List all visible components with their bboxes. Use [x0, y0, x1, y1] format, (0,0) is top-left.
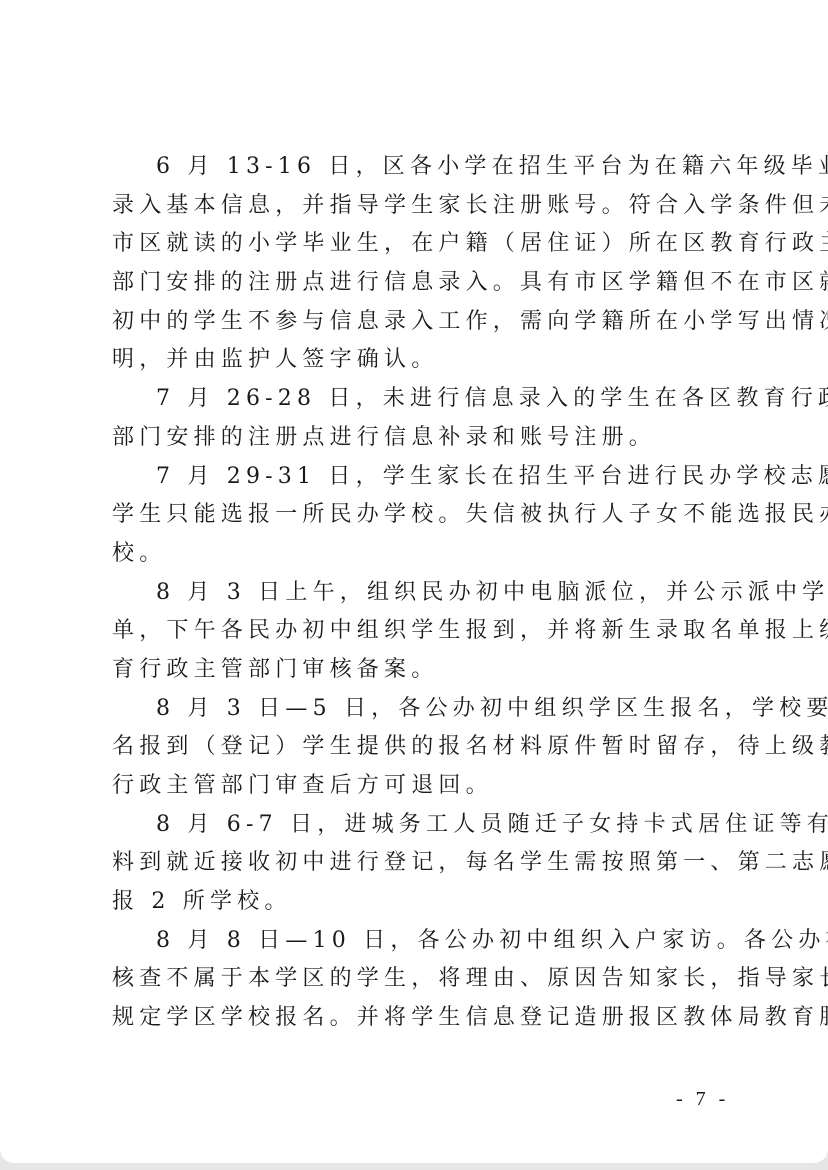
paragraph-2-line-1: 7 月 26-28 日，未进行信息录入的学生在各区教育行政主管 — [112, 380, 732, 419]
paragraph-1-line-2: 录入基本信息，并指导学生家长注册账号。符合入学条件但未在 — [112, 187, 732, 226]
document-page: 6 月 13-16 日，区各小学在招生平台为在籍六年级毕业学生 录入基本信息，并… — [0, 0, 828, 1163]
paragraph-5-line-3: 行政主管部门审查后方可退回。 — [112, 767, 732, 806]
paragraph-1-line-6: 明，并由监护人签字确认。 — [112, 341, 732, 380]
paragraph-1-line-4: 部门安排的注册点进行信息录入。具有市区学籍但不在市区就读 — [112, 264, 732, 303]
paragraph-3-line-2: 学生只能选报一所民办学校。失信被执行人子女不能选报民办学 — [112, 496, 732, 535]
document-body: 6 月 13-16 日，区各小学在招生平台为在籍六年级毕业学生 录入基本信息，并… — [112, 148, 732, 1038]
paragraph-4-line-2: 单，下午各民办初中组织学生报到，并将新生录取名单报上级教 — [112, 612, 732, 651]
paragraph-1-line-3: 市区就读的小学毕业生，在户籍（居住证）所在区教育行政主管 — [112, 225, 732, 264]
paragraph-7-line-2: 核查不属于本学区的学生，将理由、原因告知家长，指导家长到 — [112, 960, 732, 999]
paragraph-4-line-3: 育行政主管部门审核备案。 — [112, 651, 732, 690]
paragraph-3-line-3: 校。 — [112, 535, 732, 574]
paragraph-7-line-1: 8 月 8 日—10 日，各公办初中组织入户家访。各公办初中对 — [112, 922, 732, 961]
paragraph-4-line-1: 8 月 3 日上午，组织民办初中电脑派位，并公示派中学生名 — [112, 574, 732, 613]
paragraph-6-line-2: 料到就近接收初中进行登记，每名学生需按照第一、第二志愿选 — [112, 844, 732, 883]
paragraph-2-line-2: 部门安排的注册点进行信息补录和账号注册。 — [112, 419, 732, 458]
paragraph-5-line-1: 8 月 3 日—5 日，各公办初中组织学区生报名，学校要将每 — [112, 690, 732, 729]
paragraph-7-line-3: 规定学区学校报名。并将学生信息登记造册报区教体局教育股。 — [112, 999, 732, 1038]
page-number: - 7 - — [676, 1088, 729, 1111]
paragraph-5-line-2: 名报到（登记）学生提供的报名材料原件暂时留存，待上级教育 — [112, 728, 732, 767]
paragraph-6-line-1: 8 月 6-7 日，进城务工人员随迁子女持卡式居住证等有关材 — [112, 806, 732, 845]
paragraph-6-line-3: 报 2 所学校。 — [112, 883, 732, 922]
paragraph-3-line-1: 7 月 29-31 日，学生家长在招生平台进行民办学校志愿填报， — [112, 458, 732, 497]
paragraph-1-line-5: 初中的学生不参与信息录入工作，需向学籍所在小学写出情况说 — [112, 303, 732, 342]
paragraph-1-line-1: 6 月 13-16 日，区各小学在招生平台为在籍六年级毕业学生 — [112, 148, 732, 187]
